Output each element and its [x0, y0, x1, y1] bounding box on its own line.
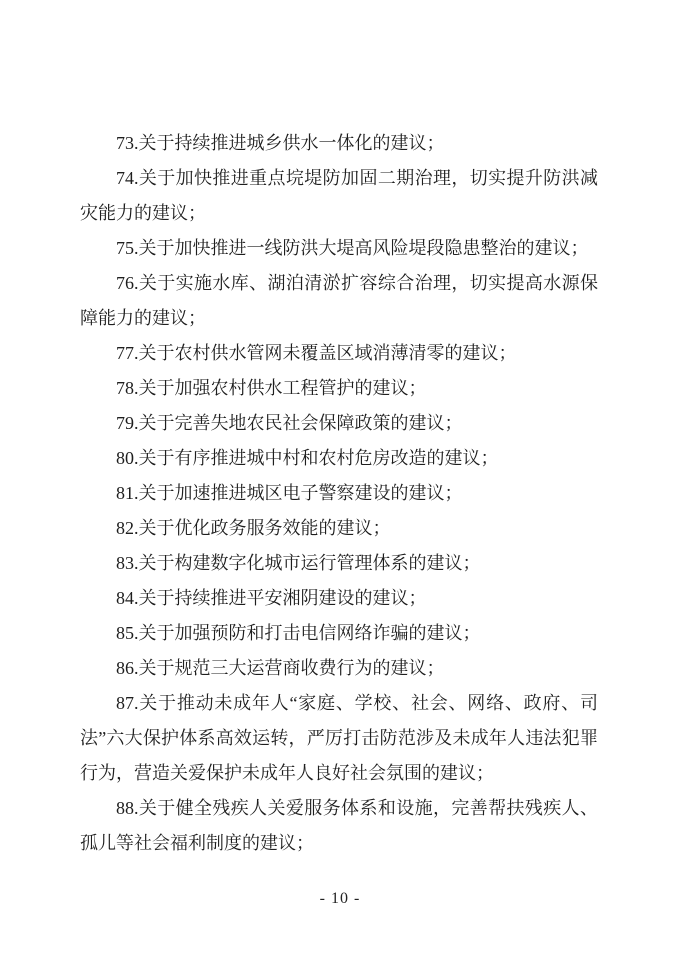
- proposal-list: 73.关于持续推进城乡供水一体化的建议； 74.关于加快推进重点垸堤防加固二期治…: [80, 126, 598, 861]
- document-page: 73.关于持续推进城乡供水一体化的建议； 74.关于加快推进重点垸堤防加固二期治…: [0, 0, 680, 961]
- proposal-item-80: 80.关于有序推进城中村和农村危房改造的建议；: [80, 441, 598, 476]
- proposal-item-78: 78.关于加强农村供水工程管护的建议；: [80, 371, 598, 406]
- proposal-item-82: 82.关于优化政务服务效能的建议；: [80, 511, 598, 546]
- page-number: - 10 -: [0, 890, 680, 908]
- proposal-item-75: 75.关于加快推进一线防洪大堤高风险堤段隐患整治的建议；: [80, 231, 598, 266]
- proposal-item-86: 86.关于规范三大运营商收费行为的建议；: [80, 651, 598, 686]
- proposal-item-76: 76.关于实施水库、湖泊清淤扩容综合治理，切实提高水源保障能力的建议；: [80, 266, 598, 336]
- proposal-item-81: 81.关于加速推进城区电子警察建设的建议；: [80, 476, 598, 511]
- proposal-item-77: 77.关于农村供水管网未覆盖区域消薄清零的建议；: [80, 336, 598, 371]
- proposal-item-73: 73.关于持续推进城乡供水一体化的建议；: [80, 126, 598, 161]
- proposal-item-85: 85.关于加强预防和打击电信网络诈骗的建议；: [80, 616, 598, 651]
- proposal-item-84: 84.关于持续推进平安湘阴建设的建议；: [80, 581, 598, 616]
- proposal-item-83: 83.关于构建数字化城市运行管理体系的建议；: [80, 546, 598, 581]
- proposal-item-87: 87.关于推动未成年人“家庭、学校、社会、网络、政府、司法”六大保护体系高效运转…: [80, 686, 598, 791]
- proposal-item-74: 74.关于加快推进重点垸堤防加固二期治理，切实提升防洪减灾能力的建议；: [80, 161, 598, 231]
- proposal-item-88: 88.关于健全残疾人关爱服务体系和设施，完善帮扶残疾人、孤儿等社会福利制度的建议…: [80, 791, 598, 861]
- proposal-item-79: 79.关于完善失地农民社会保障政策的建议；: [80, 406, 598, 441]
